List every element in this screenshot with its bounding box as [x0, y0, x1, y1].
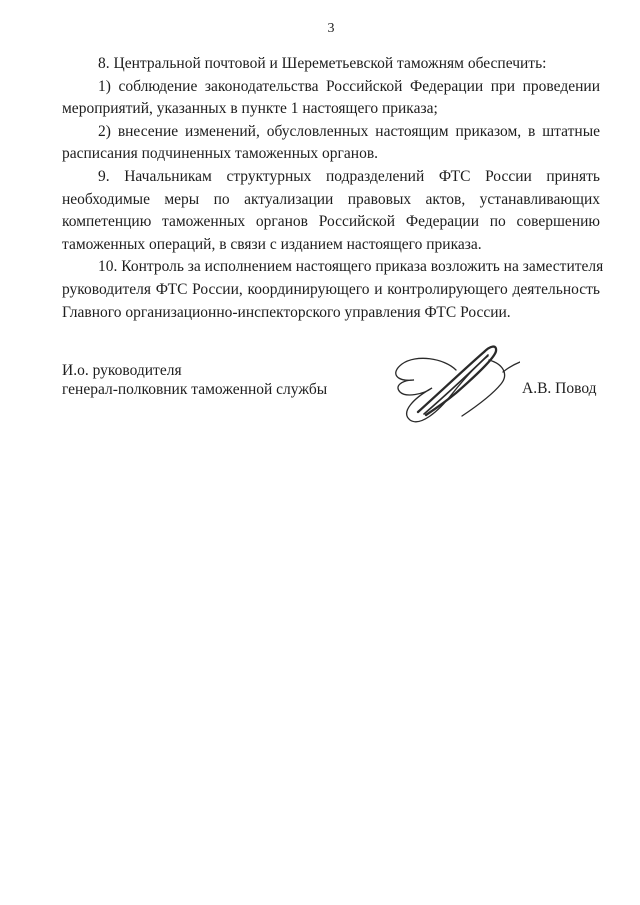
paragraph-10-line: 10. Контроль за исполнением настоящего п…	[62, 256, 600, 279]
document-page: 3 8. Центральной почтовой и Шереметьевск…	[0, 0, 640, 905]
signer-title-line-2: генерал-полковник таможенной службы	[62, 380, 327, 399]
subitem-2-line: расписания подчиненных таможенных органо…	[62, 143, 600, 166]
subitem-1-line: 1) соблюдение законодательства Российско…	[62, 76, 600, 99]
subitem-2-line: 2) внесение изменений, обусловленных нас…	[62, 121, 600, 144]
document-body: 8. Центральной почтовой и Шереметьевской…	[62, 53, 600, 324]
signature-scribble	[386, 342, 520, 424]
signature-block: И.о. руководителя генерал-полковник тамо…	[62, 361, 327, 399]
paragraph-9-line: компетенцию таможенных органов Российско…	[62, 211, 600, 234]
paragraph-9-line: таможенных операций, в связи с изданием …	[62, 234, 600, 257]
paragraph-9-line: 9. Начальникам структурных подразделений…	[62, 166, 600, 189]
signer-name: А.В. Повод	[522, 379, 597, 398]
paragraph-8-line: 8. Центральной почтовой и Шереметьевской…	[62, 53, 600, 76]
paragraph-10-line: Главного организационно-инспекторского у…	[62, 302, 600, 325]
page-number: 3	[62, 21, 600, 36]
signer-title-line-1: И.о. руководителя	[62, 361, 327, 380]
subitem-1-line: мероприятий, указанных в пункте 1 настоя…	[62, 98, 600, 121]
paragraph-9-line: необходимые меры по актуализации правовы…	[62, 189, 600, 212]
paragraph-10-line: руководителя ФТС России, координирующего…	[62, 279, 600, 302]
